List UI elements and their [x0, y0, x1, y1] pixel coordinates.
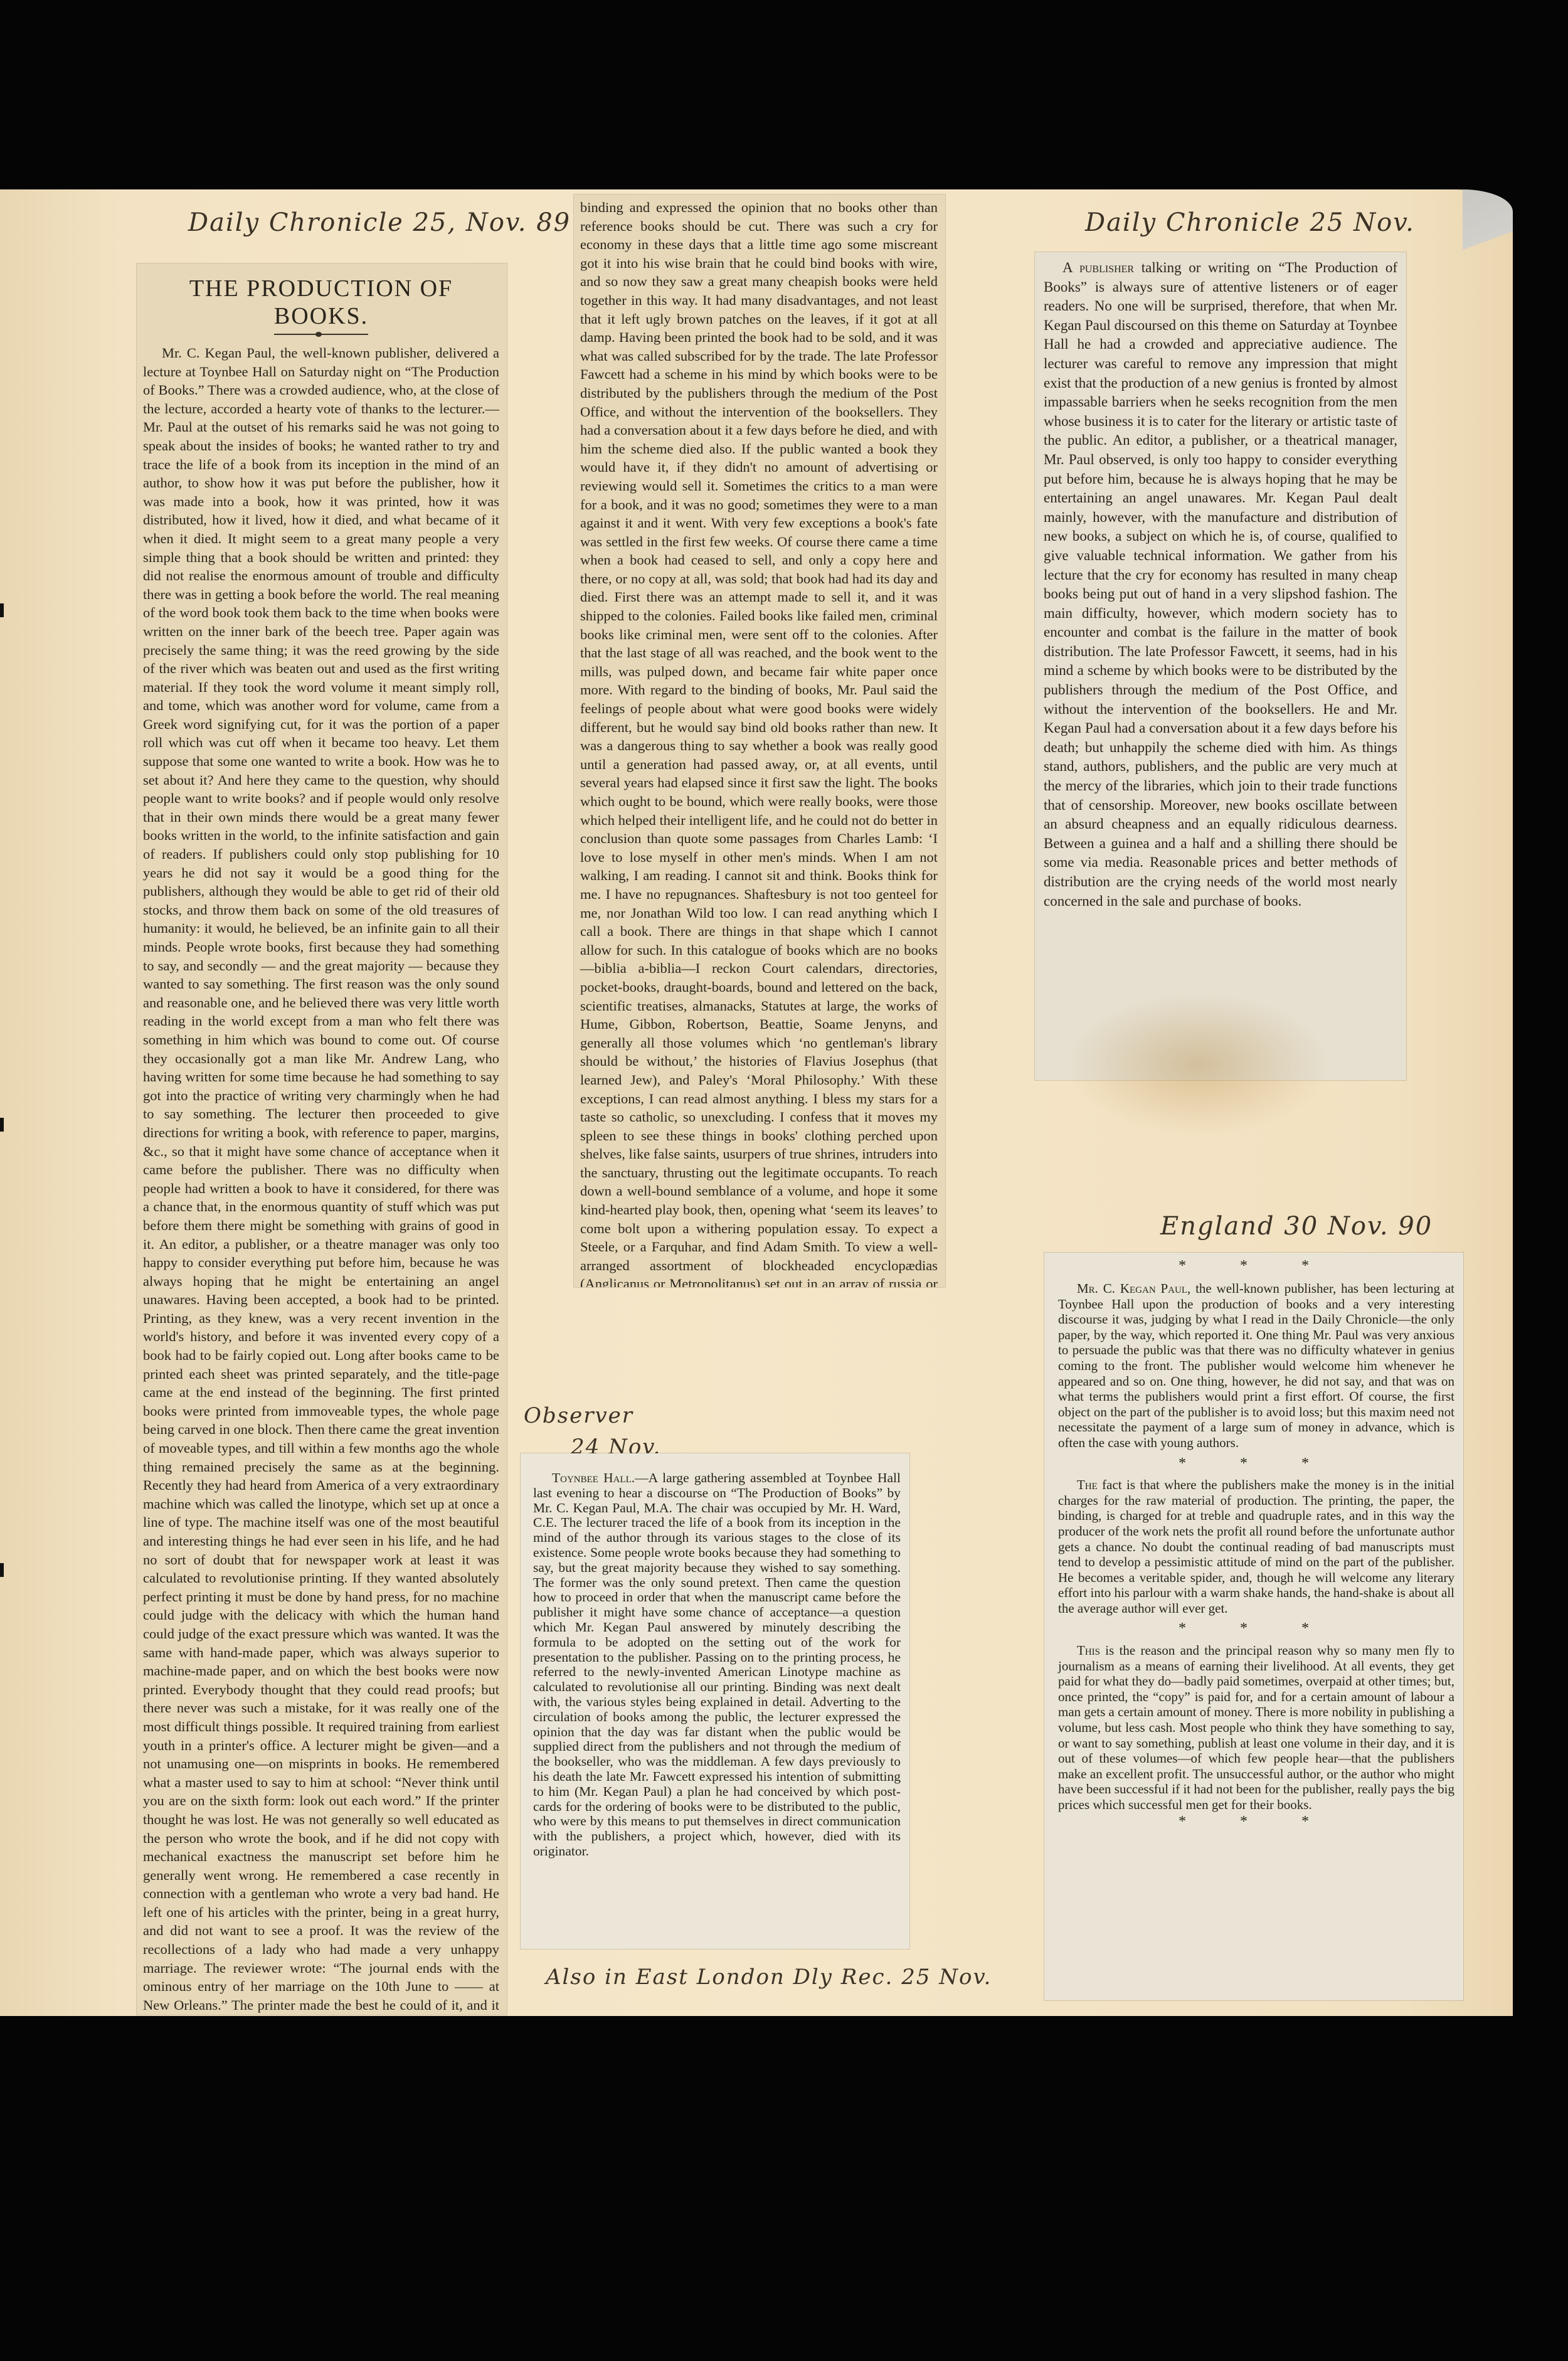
article-paragraph: The fact is that where the publishers ma…: [1058, 1477, 1454, 1616]
scrapbook-page: Daily Chronicle 25, Nov. 89 Daily Chroni…: [0, 189, 1513, 2016]
section-divider: * * *: [1058, 1456, 1454, 1472]
page-edge-mark: [0, 1563, 4, 1577]
article-text: —A large gathering assembled at Toynbee …: [533, 1470, 901, 1859]
article-lead: This: [1077, 1643, 1100, 1658]
page-edge-mark: [0, 603, 4, 617]
article-body: binding and expressed the opinion that n…: [580, 198, 938, 1287]
clipping-daily-chronicle-continued: binding and expressed the opinion that n…: [574, 194, 945, 1287]
article-body: A publisher talking or writing on “The P…: [1044, 258, 1397, 911]
article-paragraph: Mr. C. Kegan Paul, the well-known publis…: [143, 344, 499, 2015]
article-paragraph: A publisher talking or writing on “The P…: [1044, 258, 1397, 911]
clipping-publisher-editorial: A publisher talking or writing on “The P…: [1035, 252, 1406, 1080]
article-lead: The: [1077, 1477, 1098, 1492]
clipping-observer: Toynbee Hall.—A large gathering assemble…: [521, 1453, 909, 1949]
section-divider: * * *: [1058, 1258, 1454, 1275]
article-paragraph: binding and expressed the opinion that n…: [580, 198, 938, 1287]
section-divider: * * *: [1058, 1814, 1454, 1830]
article-text: the well-known publisher, has been lectu…: [1058, 1281, 1454, 1450]
handwritten-source-daily-chronicle-right: Daily Chronicle 25 Nov.: [1085, 208, 1415, 237]
page-edge-mark: [0, 1118, 4, 1132]
article-lead: Mr. C. Kegan Paul,: [1077, 1281, 1190, 1296]
handwritten-also-in-east-london: Also in East London Dly Rec. 25 Nov.: [546, 1965, 992, 1990]
article-headline: THE PRODUCTION OF BOOKS.: [143, 275, 499, 330]
headline-rule: [274, 334, 368, 335]
clipping-daily-chronicle-main: THE PRODUCTION OF BOOKS. Mr. C. Kegan Pa…: [137, 263, 507, 2015]
clipping-england-column: * * * Mr. C. Kegan Paul, the well-known …: [1044, 1253, 1463, 2000]
article-body: Toynbee Hall.—A large gathering assemble…: [533, 1471, 901, 1859]
handwritten-source-england: England 30 Nov. 90: [1160, 1212, 1433, 1241]
article-text: is the reason and the principal reason w…: [1058, 1643, 1454, 1812]
handwritten-source-daily-chronicle: Daily Chronicle 25, Nov. 89: [188, 208, 571, 237]
article-text: fact is that where the publishers make t…: [1058, 1477, 1454, 1616]
article-lead: A publisher: [1062, 260, 1134, 275]
article-paragraph: This is the reason and the principal rea…: [1058, 1643, 1454, 1813]
article-paragraph: Mr. C. Kegan Paul, the well-known publis…: [1058, 1281, 1454, 1451]
article-paragraph: Toynbee Hall.—A large gathering assemble…: [533, 1471, 901, 1859]
article-lead: Toynbee Hall.: [552, 1470, 635, 1485]
handwritten-source-observer: Observer: [524, 1403, 633, 1428]
section-divider: * * *: [1058, 1621, 1454, 1637]
article-body: Mr. C. Kegan Paul, the well-known publis…: [143, 344, 499, 2015]
article-body: Mr. C. Kegan Paul, the well-known publis…: [1058, 1281, 1454, 1829]
article-text: talking or writing on “The Production of…: [1044, 260, 1397, 909]
